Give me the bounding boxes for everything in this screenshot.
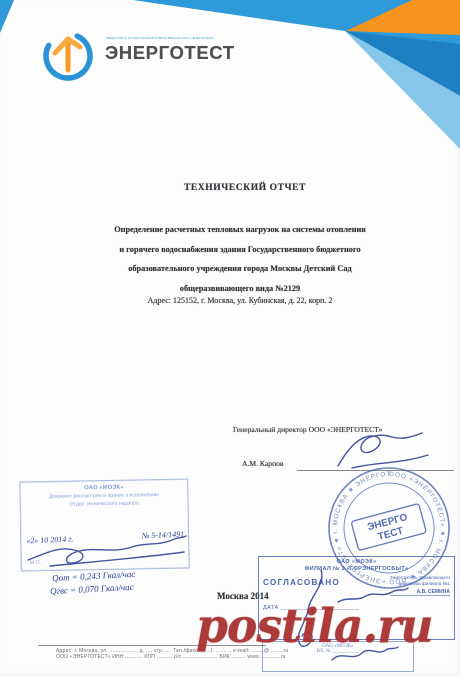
subject-line: и горячего водоснабжения здания Государс…: [35, 240, 445, 260]
ribbon-corner-triangle: [0, 0, 14, 33]
stamp-inner-circle: [344, 483, 434, 573]
left-stamp-handwritten-row: «2» 10 2014 г. № 5-14/1491: [26, 530, 184, 546]
handwritten-q-hot-water: Qгвс = 0,070 Гкал/час: [50, 582, 134, 596]
logo-mark-icon: [40, 24, 98, 82]
director-name: А.М. Карпов: [242, 459, 284, 468]
subject-line: образовательного учреждения города Москв…: [35, 259, 445, 279]
director-title-line: Генеральный директор ООО «ЭНЕРГОТЕСТ»: [233, 425, 382, 434]
left-registration-stamp: ОАО «МОЭК» Документ рассмотрен и принят …: [19, 479, 190, 572]
stamp-center-group: ЭНЕРГО ТЕСТ: [351, 503, 426, 550]
round-company-stamp: ООО «ЭНЕРГОТЕСТ» ★ г. МОСКВА ★ ООО «ЭНЕР…: [318, 464, 460, 596]
handwritten-number: № 5-14/1491: [142, 530, 185, 541]
subject-line: Определение расчетных тепловых нагрузок …: [35, 220, 445, 240]
address-line: Адрес: 125152, г. Москва, ул. Кубинская,…: [35, 296, 445, 305]
left-stamp-line: Отдел технического надзора: [21, 500, 188, 509]
director-signature: [338, 433, 422, 466]
logo-name: ЭНЕРГОТЕСТ: [105, 42, 235, 64]
logo-company-small-line: ОБЩЕСТВО С ОГРАНИЧЕННОЙ ОТВЕТСТВЕННОСТЬЮ…: [106, 37, 226, 40]
report-title: ТЕХНИЧЕСКИЙ ОТЧЕТ: [30, 183, 460, 193]
seal-label: М.П.: [30, 560, 42, 566]
document-page: ОБЩЕСТВО С ОГРАНИЧЕННОЙ ОТВЕТСТВЕННОСТЬЮ…: [0, 0, 460, 676]
report-subject: Определение расчетных тепловых нагрузок …: [35, 220, 445, 298]
watermark-postila: postila.ru: [196, 599, 433, 654]
handwritten-q-heating: Qот = 0,243 Гкал/час: [52, 569, 136, 583]
stamp-outer-circle: [329, 468, 449, 588]
handwritten-date: «2» 10 2014 г.: [26, 534, 73, 545]
logo: ОБЩЕСТВО С ОГРАНИЧЕННОЙ ОТВЕТСТВЕННОСТЬЮ…: [40, 22, 260, 92]
